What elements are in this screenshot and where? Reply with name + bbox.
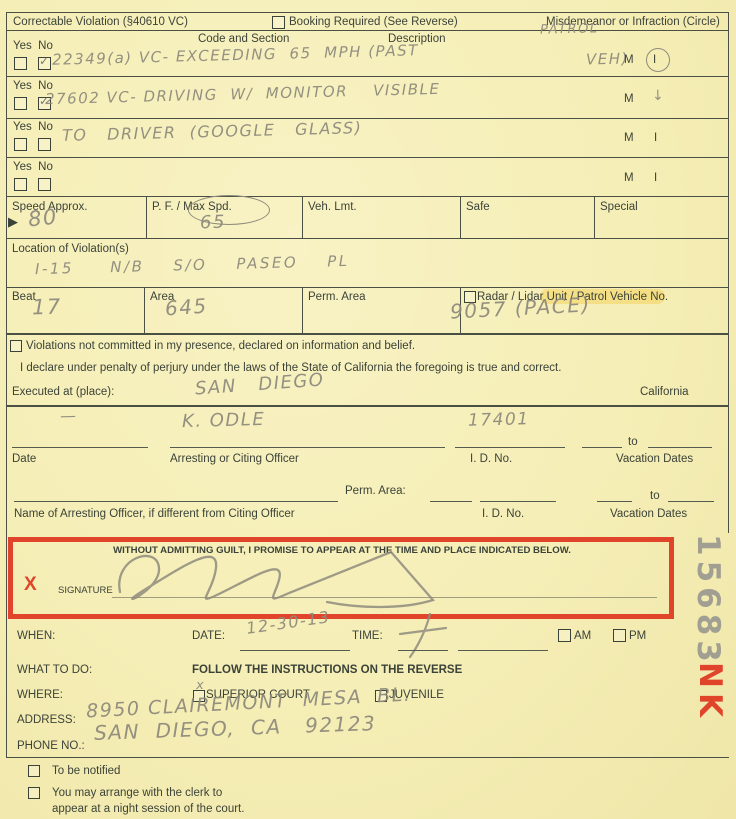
divider	[6, 157, 729, 158]
traffic-citation-form: Correctable Violation (§40610 VC) Bookin…	[0, 0, 736, 819]
col-line	[146, 196, 147, 238]
safe-label: Safe	[466, 201, 490, 214]
vacation-line-a	[582, 447, 622, 448]
to-be-notified-label: To be notified	[52, 765, 120, 778]
veh-lmt-label: Veh. Lmt.	[308, 201, 357, 214]
officer-id-value: 17401	[468, 409, 530, 431]
id-line	[455, 447, 565, 448]
where-label: WHERE:	[17, 689, 63, 702]
id-no-label-2: I. D. No.	[482, 508, 524, 521]
signature-x-mark: X	[24, 575, 37, 596]
name-if-diff-label: Name of Arresting Officer, if different …	[14, 508, 295, 521]
vacation-line-2a	[597, 501, 632, 502]
to-label-2: to	[650, 490, 660, 503]
col-line	[594, 196, 595, 238]
divider	[6, 76, 729, 77]
vacation-dates-label-2: Vacation Dates	[610, 508, 687, 521]
id-no-label-1: I. D. No.	[470, 453, 512, 466]
citation-number-stamp: 15683	[690, 534, 726, 667]
correctable-violation-label: Correctable Violation (§40610 VC)	[13, 16, 188, 29]
phone-no-label: PHONE NO.:	[17, 740, 85, 753]
divider	[6, 238, 729, 239]
yes-no-label-4: Yes No	[13, 161, 53, 174]
divider	[6, 287, 729, 288]
date-label: Date	[12, 453, 36, 466]
follow-instructions-text: FOLLOW THE INSTRUCTIONS ON THE REVERSE	[192, 664, 462, 677]
divider	[6, 333, 729, 335]
violation-2-text: 27602 VC- DRIVING W/ MONITOR VISIBLE	[45, 80, 441, 108]
violation-1-text-end: VEH)	[586, 49, 629, 68]
vacation-dates-label-1: Vacation Dates	[616, 453, 693, 466]
superior-court-mark: x	[196, 678, 206, 693]
signature-scrawl	[95, 540, 605, 612]
vacation-line-2b	[668, 501, 714, 502]
yes-no-label-1: Yes No	[13, 40, 53, 53]
m-label-3: M	[624, 132, 634, 145]
no-checkbox-4[interactable]	[38, 178, 51, 191]
executed-at-label: Executed at (place):	[12, 386, 114, 399]
location-label: Location of Violation(s)	[12, 243, 129, 256]
divider	[6, 30, 729, 31]
beat-value: 17	[32, 295, 62, 320]
booking-required-label: Booking Required (See Reverse)	[289, 16, 458, 29]
officer-name-value: K. ODLE	[182, 409, 266, 432]
clerk-arrange-label-line2: appear at a night session of the court.	[52, 803, 244, 816]
divider	[6, 12, 729, 13]
time-field-line-b	[458, 650, 548, 651]
yes-no-label-3: Yes No	[13, 121, 53, 134]
speed-arrow-icon: ▶	[8, 215, 18, 229]
pm-label: PM	[629, 630, 646, 643]
violation-1-text-above: PATROL	[540, 21, 599, 38]
location-value: I-15 N/B S/O PASEO PL	[35, 252, 350, 278]
m-label-2: M	[624, 93, 634, 106]
ditto-arrow-mark: ↓	[652, 88, 666, 104]
no-check-mark-1: ✓	[39, 54, 49, 68]
code-section-header: Code and Section	[198, 33, 289, 46]
right-border	[728, 12, 729, 533]
yes-checkbox-3[interactable]	[14, 138, 27, 151]
violation-3-text: TO DRIVER (GOOGLE GLASS)	[62, 118, 363, 145]
m-label-1: M	[624, 54, 634, 67]
citing-officer-label: Arresting or Citing Officer	[170, 453, 299, 466]
max-spd-value: 65	[200, 212, 226, 234]
divider	[6, 405, 729, 407]
speed-value: 80	[27, 205, 59, 232]
clerk-arrange-checkbox[interactable]	[28, 787, 40, 799]
special-label: Special	[600, 201, 638, 214]
id-line-2	[480, 501, 556, 502]
not-committed-checkbox[interactable]	[10, 340, 22, 352]
california-label: California	[640, 386, 689, 399]
clerk-arrange-label-line1: You may arrange with the clerk to	[52, 787, 222, 800]
yes-checkbox-1[interactable]	[14, 57, 27, 70]
to-label-1: to	[628, 436, 638, 449]
violation-1-text: 22349(a) VC- EXCEEDING 65 MPH (PAST	[52, 41, 419, 69]
booking-required-checkbox[interactable]	[272, 16, 285, 29]
yes-checkbox-2[interactable]	[14, 97, 27, 110]
officer-line	[170, 447, 445, 448]
am-label: AM	[574, 630, 591, 643]
col-line	[302, 196, 303, 238]
m-label-4: M	[624, 172, 634, 185]
date-field-label: DATE:	[192, 630, 225, 643]
pm-checkbox[interactable]	[613, 629, 626, 642]
i-label-4: I	[654, 172, 657, 185]
divider	[6, 118, 729, 119]
i-label-3: I	[654, 132, 657, 145]
no-checkbox-3[interactable]	[38, 138, 51, 151]
col-line	[460, 196, 461, 238]
area-value: 645	[164, 294, 208, 321]
name-if-diff-line	[14, 501, 338, 502]
address-label: ADDRESS:	[17, 714, 76, 727]
am-checkbox[interactable]	[558, 629, 571, 642]
when-label: WHEN:	[17, 630, 55, 643]
citation-letters-stamp: NK	[692, 662, 728, 722]
divider	[6, 757, 729, 758]
perm-area-line	[430, 501, 472, 502]
to-be-notified-checkbox[interactable]	[28, 765, 40, 777]
perm-area-label-2: Perm. Area:	[345, 485, 406, 498]
perm-area-label: Perm. Area	[308, 291, 366, 304]
vacation-line-b	[648, 447, 712, 448]
date-dash-mark: —	[60, 406, 78, 425]
date-line	[12, 447, 148, 448]
col-line	[302, 287, 303, 333]
divider	[6, 196, 729, 197]
yes-checkbox-4[interactable]	[14, 178, 27, 191]
not-committed-label: Violations not committed in my presence,…	[26, 340, 415, 353]
left-border	[6, 12, 7, 757]
infraction-circle-mark	[646, 48, 670, 72]
time-field-line-a	[398, 650, 448, 651]
date-field-line	[240, 650, 350, 651]
what-to-do-label: WHAT TO DO:	[17, 664, 92, 677]
time-field-label: TIME:	[352, 630, 383, 643]
col-line	[144, 287, 145, 333]
